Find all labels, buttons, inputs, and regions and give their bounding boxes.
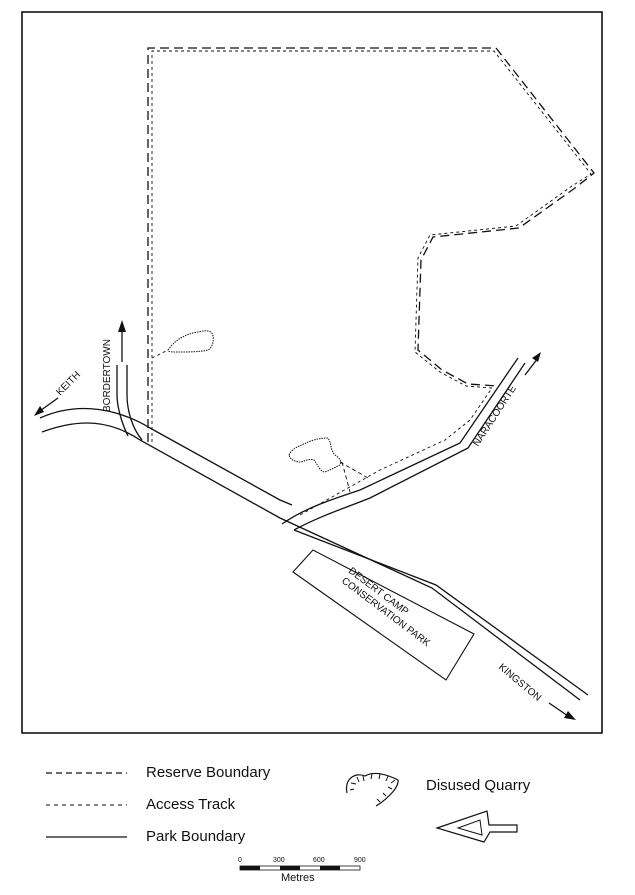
quarry-track bbox=[152, 350, 168, 358]
road-label-bordertown: BORDERTOWN bbox=[102, 339, 113, 412]
scale-unit-label: Metres bbox=[281, 872, 315, 884]
scale-tick-900: 900 bbox=[354, 857, 366, 864]
legend-reserve-boundary-label: Reserve Boundary bbox=[146, 764, 270, 781]
road-main-se-edge bbox=[294, 530, 588, 695]
road-bordertown-east bbox=[127, 365, 142, 440]
legend-quarry-icon bbox=[347, 773, 399, 806]
bordertown-arrow-icon bbox=[118, 320, 126, 362]
legend-disused-quarry-label: Disused Quarry bbox=[426, 777, 530, 794]
road-main-south-edge bbox=[42, 423, 580, 700]
park-label-line2: CONSERVATION PARK bbox=[339, 576, 432, 650]
access-track bbox=[152, 51, 591, 515]
scale-bar bbox=[240, 866, 360, 870]
quarry-north bbox=[168, 331, 213, 352]
scale-tick-0: 0 bbox=[238, 857, 242, 864]
road-label-keith: KEITH bbox=[54, 370, 83, 399]
scale-tick-300: 300 bbox=[273, 857, 285, 864]
map-canvas: KEITH BORDERTOWN NARACOORTE KINGSTON DES… bbox=[0, 0, 635, 895]
quarry-south bbox=[289, 438, 341, 472]
naracoorte-arrow-icon bbox=[525, 352, 541, 375]
north-arrow-icon bbox=[437, 811, 517, 842]
legend-access-track-label: Access Track bbox=[146, 796, 235, 813]
legend-park-boundary-label: Park Boundary bbox=[146, 828, 245, 845]
road-label-kingston: KINGSTON bbox=[496, 662, 543, 704]
kingston-arrow-icon bbox=[549, 703, 576, 720]
reserve-boundary bbox=[148, 48, 594, 442]
scale-tick-600: 600 bbox=[313, 857, 325, 864]
